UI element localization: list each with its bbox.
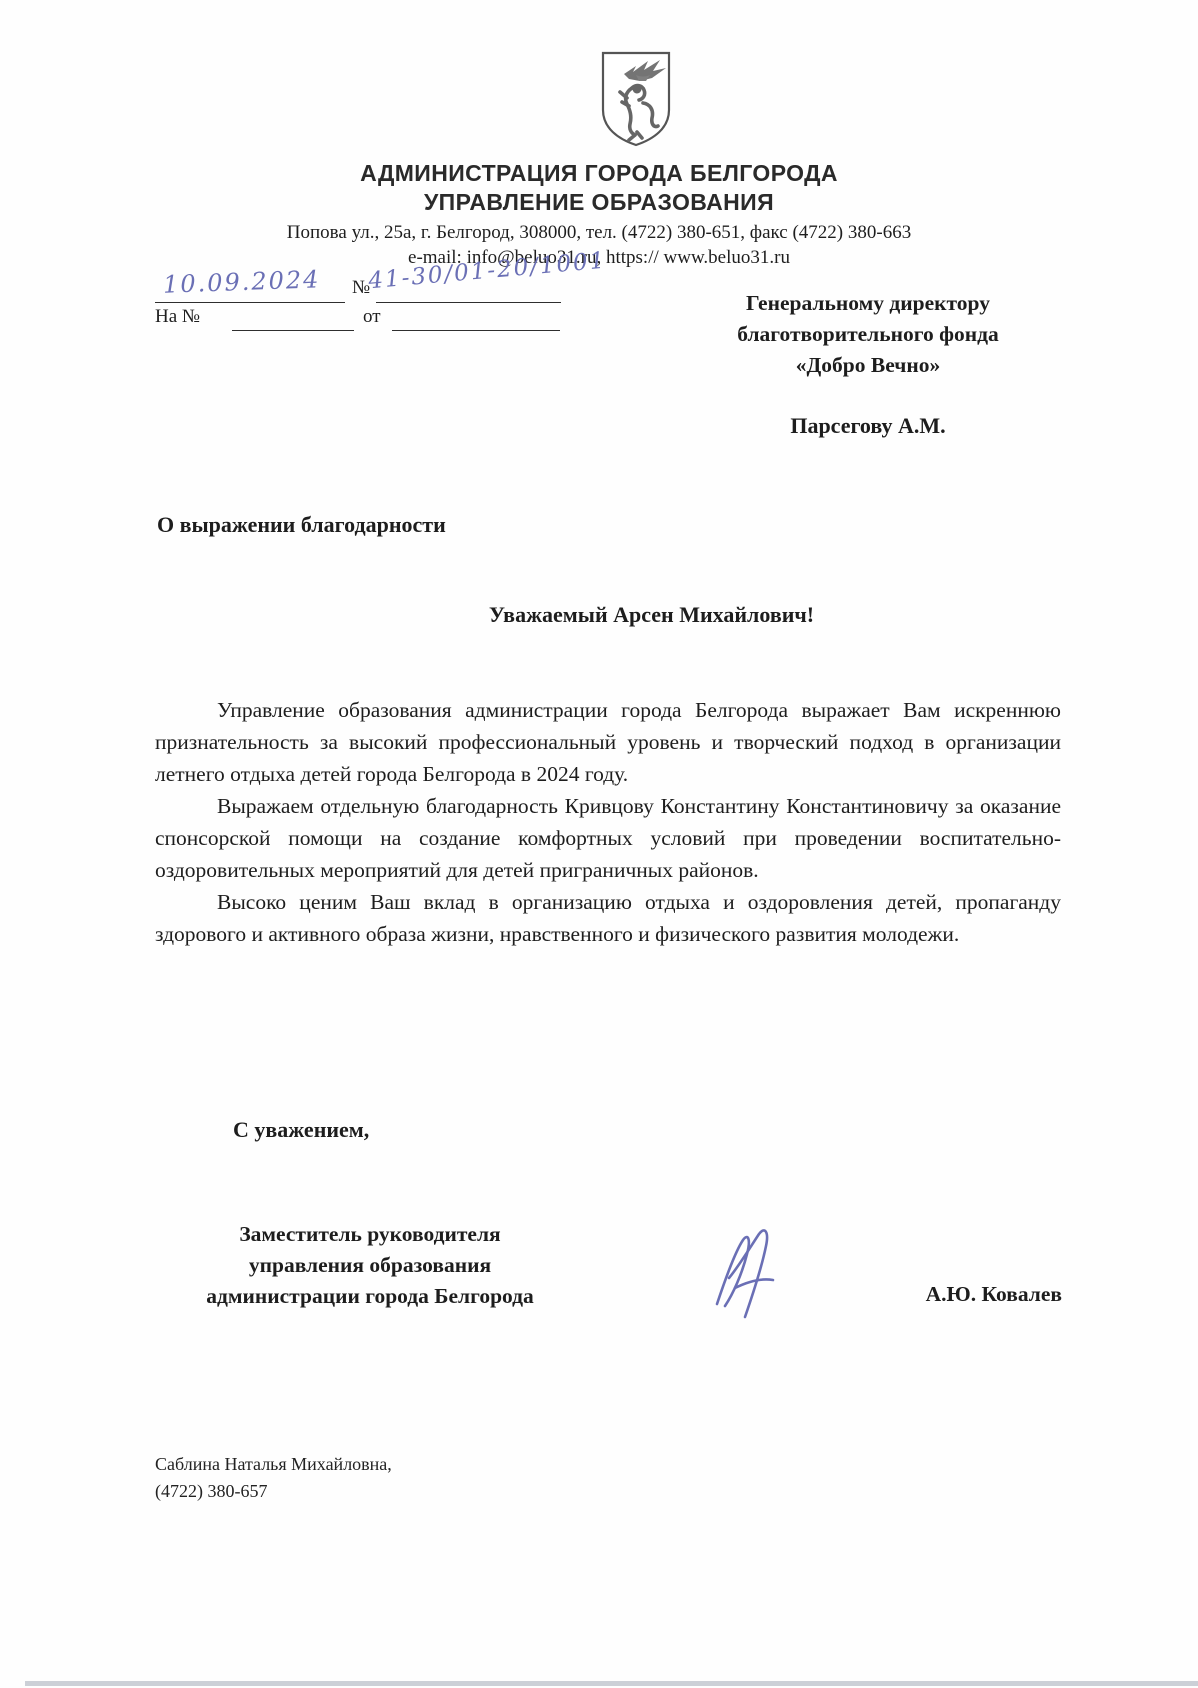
body-paragraph-3: Высоко ценим Ваш вклад в организацию отд… bbox=[155, 886, 1061, 950]
subject-line: О выражении благодарности bbox=[157, 512, 446, 538]
closing-line: С уважением, bbox=[233, 1117, 369, 1143]
reply-number-blank-line bbox=[232, 330, 354, 331]
reply-from-label: от bbox=[363, 306, 381, 328]
body-paragraph-2: Выражаем отдельную благодарность Кривцов… bbox=[155, 790, 1061, 886]
org-name-line1: АДМИНИСТРАЦИЯ ГОРОДА БЕЛГОРОДА bbox=[0, 160, 1198, 187]
executor-name: Саблина Наталья Михайловна, bbox=[155, 1451, 392, 1478]
recipient-name: Парсегову А.М. bbox=[668, 413, 1068, 439]
signer-title-block: Заместитель руководителя управления обра… bbox=[166, 1219, 574, 1312]
recipient-line2: благотворительного фонда bbox=[668, 319, 1068, 350]
body-paragraph-1: Управление образования администрации гор… bbox=[155, 694, 1061, 790]
salutation-line: Уважаемый Арсен Михайлович! bbox=[155, 602, 1060, 628]
org-address-line: Попова ул., 25а, г. Белгород, 308000, те… bbox=[0, 222, 1198, 244]
recipient-block: Генеральному директору благотворительног… bbox=[668, 288, 1068, 381]
letter-page: АДМИНИСТРАЦИЯ ГОРОДА БЕЛГОРОДА УПРАВЛЕНИ… bbox=[0, 0, 1198, 1688]
org-name-line2: УПРАВЛЕНИЕ ОБРАЗОВАНИЯ bbox=[0, 189, 1198, 216]
signer-name: А.Ю. Ковалев bbox=[880, 1282, 1062, 1307]
handwritten-date: 10.09.2024 bbox=[163, 265, 321, 298]
reply-date-blank-line bbox=[392, 330, 560, 331]
belgorod-coat-of-arms-icon bbox=[596, 48, 676, 150]
number-blank-line bbox=[376, 302, 561, 303]
letter-body: Управление образования администрации гор… bbox=[155, 694, 1061, 950]
executor-contact-block: Саблина Наталья Михайловна, (4722) 380-6… bbox=[155, 1451, 392, 1505]
signer-title-line3: администрации города Белгорода bbox=[166, 1281, 574, 1312]
signer-title-line1: Заместитель руководителя bbox=[166, 1219, 574, 1250]
signer-title-line2: управления образования bbox=[166, 1250, 574, 1281]
recipient-line1: Генеральному директору bbox=[668, 288, 1068, 319]
scan-edge-shadow bbox=[25, 1681, 1198, 1686]
reply-to-label: На № bbox=[155, 306, 200, 328]
recipient-line3: «Добро Вечно» bbox=[668, 350, 1068, 381]
executor-phone: (4722) 380-657 bbox=[155, 1478, 392, 1505]
handwritten-signature bbox=[705, 1222, 805, 1322]
date-blank-line bbox=[155, 302, 345, 303]
